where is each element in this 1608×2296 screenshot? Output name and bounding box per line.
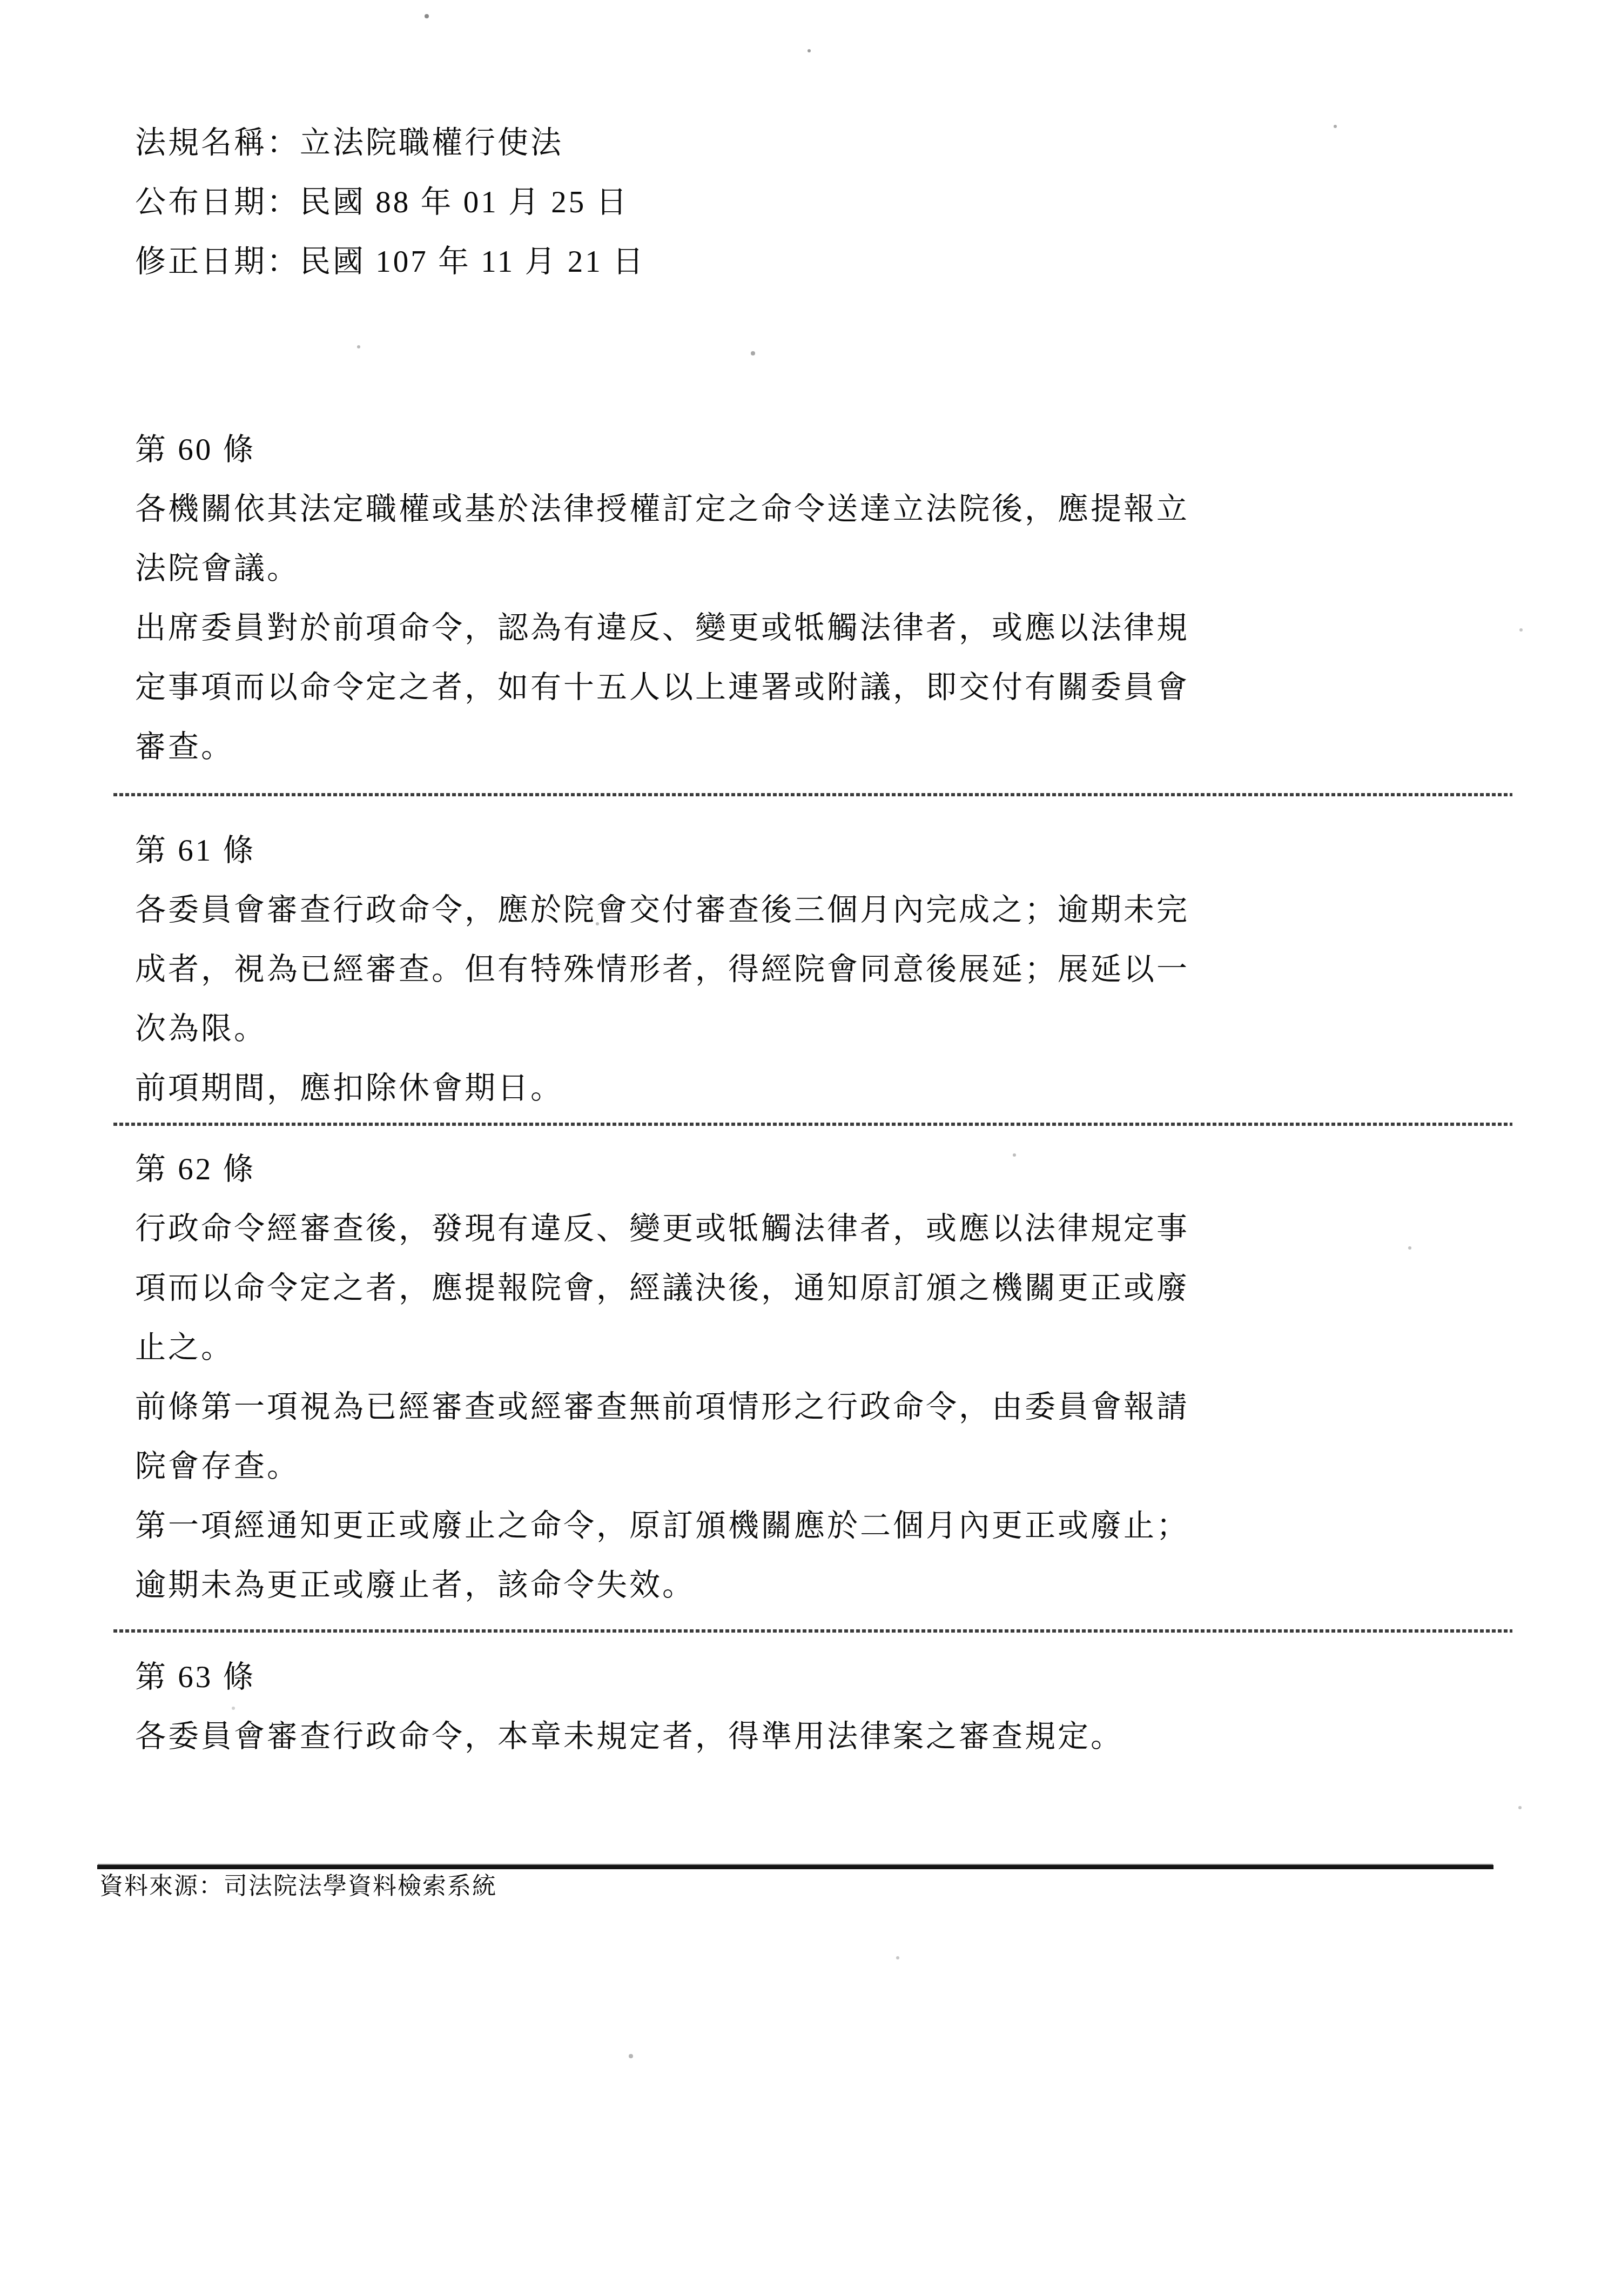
source-note: 資料來源：司法院法學資料檢索系統 <box>99 1869 1608 1904</box>
amendment-date-line: 修正日期：民國 107 年 11 月 21 日 <box>135 232 1608 292</box>
article-63: 第 63 條 各委員會審查行政命令，本章未規定者，得準用法律案之審查規定。 <box>135 1648 1608 1767</box>
article-61: 第 61 條 各委員會審查行政命令，應於院會交付審查後三個月內完成之；逾期未完 … <box>135 821 1608 1118</box>
article-62-title: 第 62 條 <box>135 1140 1608 1199</box>
law-name-line: 法規名稱：立法院職權行使法 <box>135 113 1608 173</box>
dotted-separator <box>113 1629 1512 1633</box>
article-60-line: 出席委員對於前項命令，認為有違反、變更或牴觸法律者，或應以法律規 <box>135 599 1608 658</box>
article-62-line: 前條第一項視為已經審查或經審查無前項情形之行政命令，由委員會報請 <box>135 1378 1608 1437</box>
article-62-line: 院會存查。 <box>135 1437 1608 1496</box>
article-62-line: 第一項經通知更正或廢止之命令，原訂頒機關應於二個月內更正或廢止； <box>135 1496 1608 1556</box>
article-60-line: 審查。 <box>135 717 1608 777</box>
article-61-line: 前項期間，應扣除休會期日。 <box>135 1059 1608 1118</box>
article-63-line: 各委員會審查行政命令，本章未規定者，得準用法律案之審查規定。 <box>135 1707 1608 1767</box>
article-62-line: 項而以命令定之者，應提報院會，經議決後，通知原訂頒之機關更正或廢 <box>135 1259 1608 1318</box>
dotted-separator <box>113 1123 1512 1126</box>
promulgation-date-line: 公布日期：民國 88 年 01 月 25 日 <box>135 173 1608 232</box>
article-60: 第 60 條 各機關依其法定職權或基於法律授權訂定之命令送達立法院後，應提報立 … <box>135 420 1608 777</box>
article-62: 第 62 條 行政命令經審查後，發現有違反、變更或牴觸法律者，或應以法律規定事 … <box>135 1140 1608 1615</box>
article-61-title: 第 61 條 <box>135 821 1608 881</box>
article-61-line: 成者，視為已經審查。但有特殊情形者，得經院會同意後展延；展延以一 <box>135 940 1608 999</box>
article-62-line: 逾期未為更正或廢止者，該命令失效。 <box>135 1556 1608 1615</box>
article-60-title: 第 60 條 <box>135 420 1608 480</box>
article-62-line: 止之。 <box>135 1318 1608 1378</box>
article-60-line: 定事項而以命令定之者，如有十五人以上連署或附議，即交付有關委員會 <box>135 658 1608 717</box>
law-header: 法規名稱：立法院職權行使法 公布日期：民國 88 年 01 月 25 日 修正日… <box>135 113 1608 292</box>
article-60-line: 各機關依其法定職權或基於法律授權訂定之命令送達立法院後，應提報立 <box>135 480 1608 539</box>
dotted-separator <box>113 793 1512 796</box>
article-60-line: 法院會議。 <box>135 539 1608 599</box>
article-61-line: 各委員會審查行政命令，應於院會交付審查後三個月內完成之；逾期未完 <box>135 881 1608 940</box>
article-63-title: 第 63 條 <box>135 1648 1608 1707</box>
article-61-line: 次為限。 <box>135 999 1608 1059</box>
article-62-line: 行政命令經審查後，發現有違反、變更或牴觸法律者，或應以法律規定事 <box>135 1199 1608 1259</box>
document-page: 法規名稱：立法院職權行使法 公布日期：民國 88 年 01 月 25 日 修正日… <box>0 0 1608 2296</box>
footer-rule <box>97 1865 1493 1869</box>
